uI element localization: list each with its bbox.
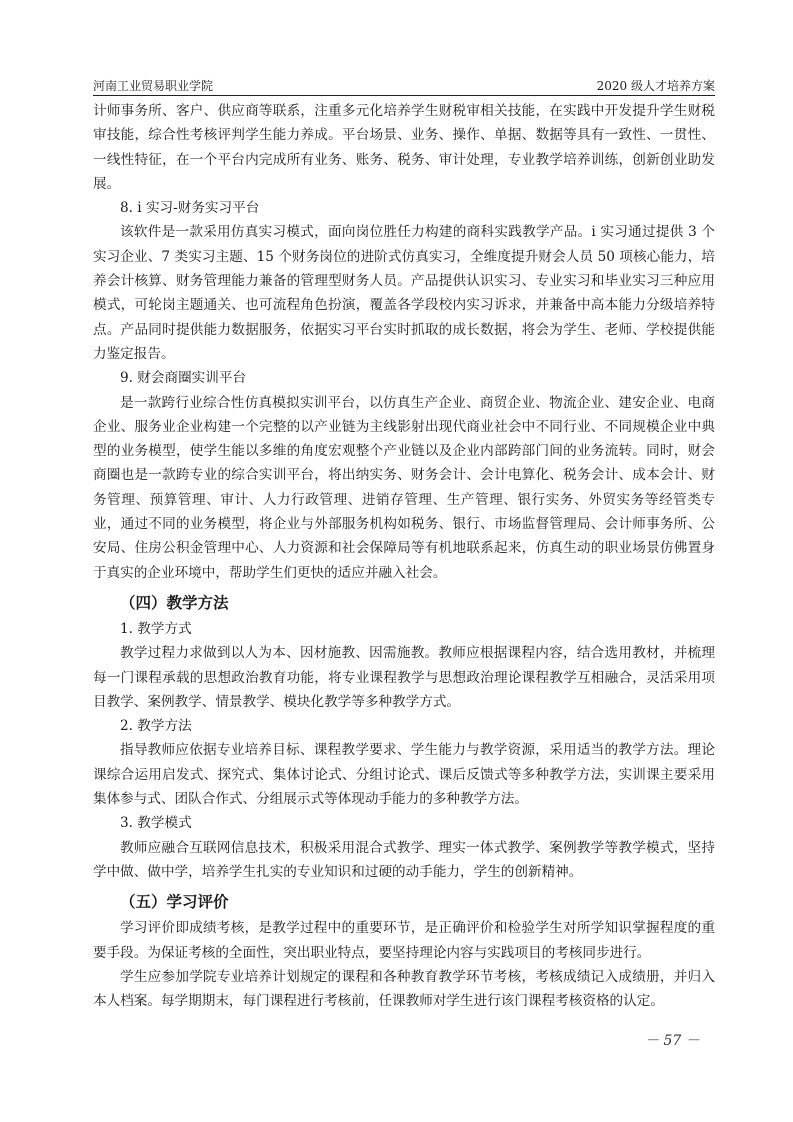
teaching-mode-title: 3. 教学模式 [93, 811, 715, 835]
item-9-title: 9. 财会商圈实训平台 [93, 366, 715, 390]
continued-paragraph: 计师事务所、客户、供应商等联系，注重多元化培养学生财税审相关技能，在实践中开发提… [93, 99, 715, 196]
section-5-heading: （五）学习评价 [93, 888, 715, 916]
evaluation-paragraph-2: 学生应参加学院专业培养计划规定的课程和各种教育教学环节考核，考核成绩记入成绩册，… [93, 965, 715, 1014]
item-8-text: 该软件是一款采用仿真实习模式，面向岗位胜任力构建的商科实践教学产品。i 实习通过… [93, 220, 715, 366]
header-document-title: 2020 级人才培养方案 [597, 78, 715, 94]
teaching-method-title: 2. 教学方法 [93, 714, 715, 738]
teaching-method-text: 指导教师应依据专业培养目标、课程教学要求、学生能力与教学资源，采用适当的教学方法… [93, 738, 715, 811]
header-institution: 河南工业贸易职业学院 [93, 78, 213, 94]
evaluation-paragraph-1: 学习评价即成绩考核，是教学过程中的重要环节，是正确评价和检验学生对所学知识掌握程… [93, 916, 715, 965]
page-header: 河南工业贸易职业学院 2020 级人才培养方案 [93, 76, 715, 96]
teaching-style-text: 教学过程力求做到以人为本、因材施教、因需施教。教师应根据课程内容，结合选用教材，… [93, 641, 715, 714]
teaching-style-title: 1. 教学方式 [93, 617, 715, 641]
page-content: 计师事务所、客户、供应商等联系，注重多元化培养学生财税审相关技能，在实践中开发提… [93, 99, 715, 1013]
page-number: － 57 － [645, 1030, 700, 1050]
teaching-mode-text: 教师应融合互联网信息技术，积极采用混合式教学、理实一体式教学、案例教学等教学模式… [93, 836, 715, 885]
section-4-heading: （四）教学方法 [93, 589, 715, 617]
item-9-text: 是一款跨行业综合性仿真模拟实训平台，以仿真生产企业、商贸企业、物流企业、建安企业… [93, 391, 715, 585]
item-8-title: 8. i 实习-财务实习平台 [93, 196, 715, 220]
